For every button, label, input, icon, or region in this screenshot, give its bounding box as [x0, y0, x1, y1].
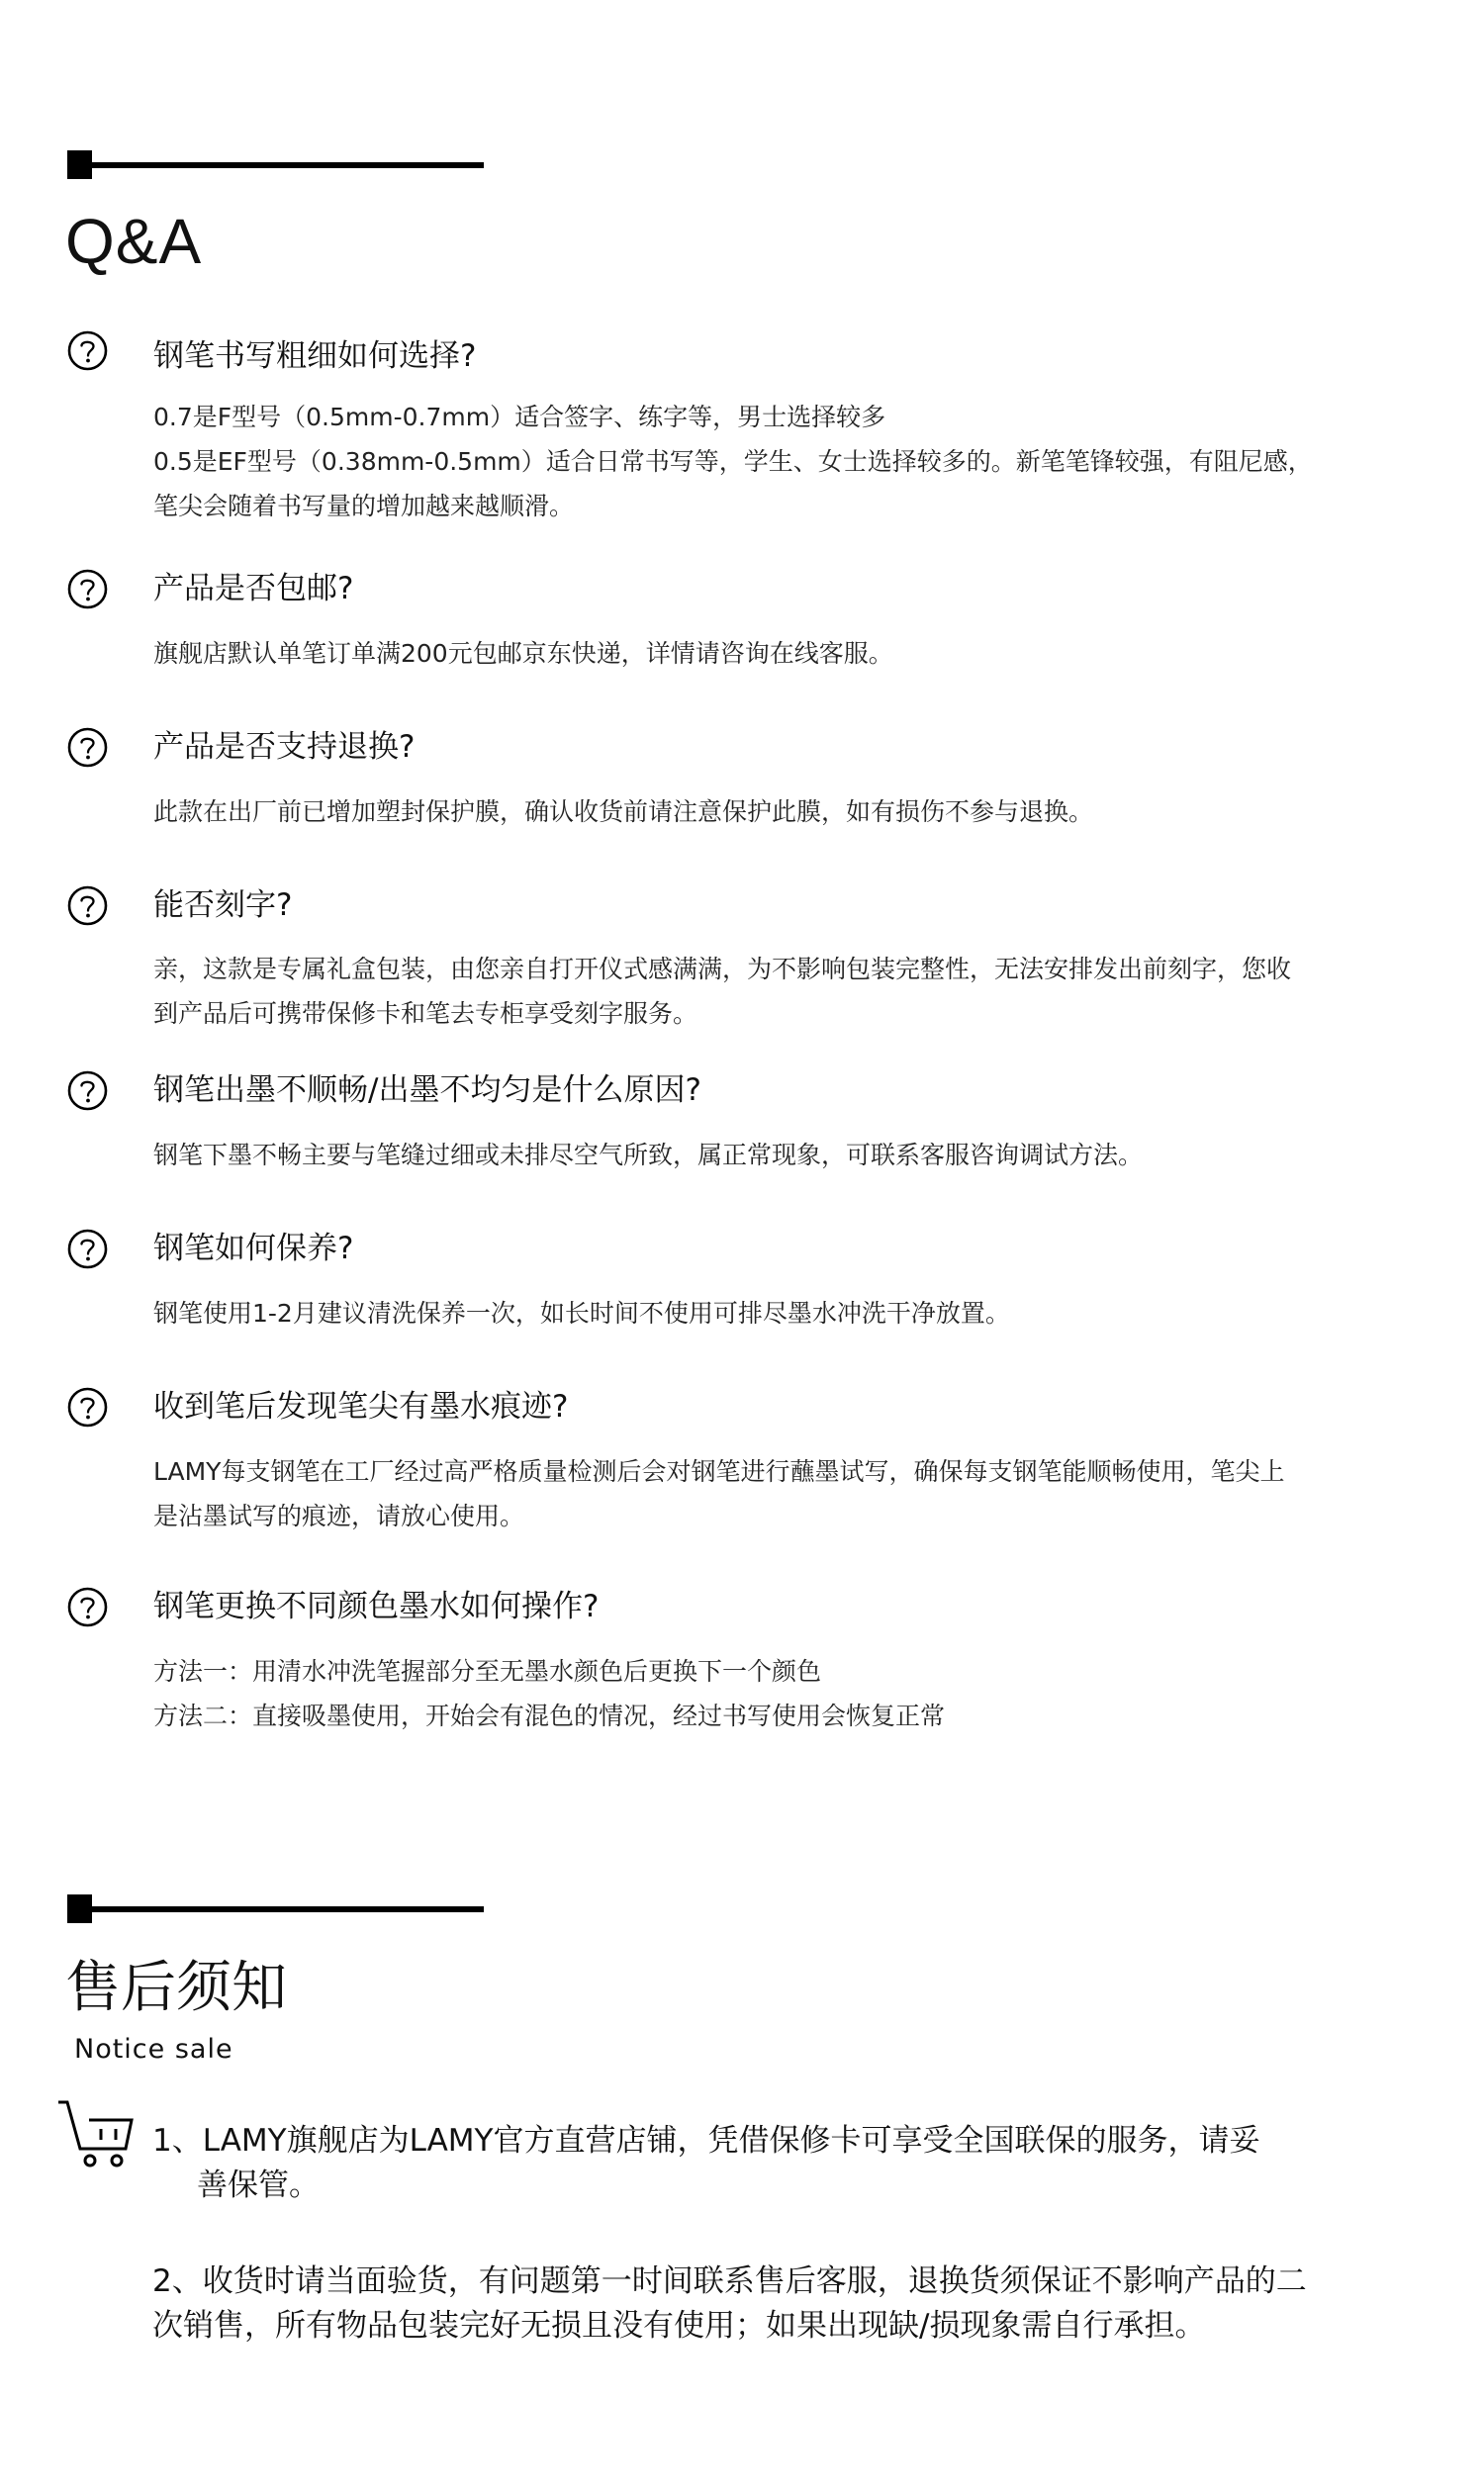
qa-section-title: Q&A — [65, 210, 202, 273]
answer-line: 此款在出厂前已增加塑封保护膜，确认收货前请注意保护此膜，如有损伤不参与退换。 — [153, 789, 1093, 834]
question-answer: 钢笔下墨不畅主要与笔缝过细或未排尽空气所致，属正常现象，可联系客服咨询调试方法。 — [153, 1133, 1143, 1177]
question-answer: 亲，这款是专属礼盒包装，由您亲自打开仪式感满满，为不影响包装完整性，无法安排发出… — [153, 947, 1291, 1036]
question-circle-icon — [67, 885, 108, 926]
question-title: 钢笔出墨不顺畅/出墨不均匀是什么原因? — [153, 1070, 701, 1110]
question-circle-icon — [67, 1070, 108, 1111]
question-answer: 此款在出厂前已增加塑封保护膜，确认收货前请注意保护此膜，如有损伤不参与退换。 — [153, 789, 1093, 834]
after-sale-section-title: 售后须知 — [65, 1961, 287, 2016]
answer-line: 钢笔下墨不畅主要与笔缝过细或未排尽空气所致，属正常现象，可联系客服咨询调试方法。 — [153, 1133, 1143, 1177]
question-answer: 钢笔使用1-2月建议清洗保养一次，如长时间不使用可排尽墨水冲洗干净放置。 — [153, 1291, 1010, 1336]
question-title: 钢笔如何保养? — [153, 1229, 353, 1268]
shopping-cart-icon — [56, 2099, 136, 2170]
question-answer: LAMY每支钢笔在工厂经过高严格质量检测后会对钢笔进行蘸墨试写，确保每支钢笔能顺… — [153, 1449, 1284, 1538]
question-answer: 方法一：用清水冲洗笔握部分至无墨水颜色后更换下一个颜色 方法二：直接吸墨使用，开… — [153, 1649, 945, 1738]
question-title: 钢笔书写粗细如何选择? — [153, 336, 476, 376]
divider-square — [67, 1894, 92, 1923]
question-title: 收到笔后发现笔尖有墨水痕迹? — [153, 1387, 568, 1427]
answer-line: 亲，这款是专属礼盒包装，由您亲自打开仪式感满满，为不影响包装完整性，无法安排发出… — [153, 947, 1291, 991]
question-title: 产品是否支持退换? — [153, 727, 415, 767]
answer-line: 是沾墨试写的痕迹，请放心使用。 — [153, 1494, 1284, 1538]
question-answer: 0.7是F型号（0.5mm-0.7mm）适合签字、练字等，男士选择较多 0.5是… — [153, 395, 1313, 528]
notice-line: 1、LAMY旗舰店为LAMY官方直营店铺，凭借保修卡可享受全国联保的服务，请妥 — [152, 2119, 1259, 2164]
question-title: 能否刻字? — [153, 885, 292, 925]
answer-line: 笔尖会随着书写量的增加越来越顺滑。 — [153, 484, 1313, 528]
question-circle-icon — [67, 330, 108, 371]
notice-paragraph-2: 2、收货时请当面验货，有问题第一时间联系售后客服，退换货须保证不影响产品的二 次… — [152, 2259, 1307, 2349]
question-title: 钢笔更换不同颜色墨水如何操作? — [153, 1587, 599, 1626]
answer-line: 方法二：直接吸墨使用，开始会有混色的情况，经过书写使用会恢复正常 — [153, 1694, 945, 1738]
section-divider-after-sale — [67, 1894, 484, 1924]
answer-line: 旗舰店默认单笔订单满200元包邮京东快递，详情请咨询在线客服。 — [153, 631, 893, 676]
notice-line: 次销售，所有物品包装完好无损且没有使用；如果出现缺/损现象需自行承担。 — [152, 2304, 1307, 2349]
answer-line: LAMY每支钢笔在工厂经过高严格质量检测后会对钢笔进行蘸墨试写，确保每支钢笔能顺… — [153, 1449, 1284, 1494]
notice-line: 善保管。 — [152, 2164, 1259, 2208]
answer-line: 0.5是EF型号（0.38mm-0.5mm）适合日常书写等，学生、女士选择较多的… — [153, 439, 1313, 484]
question-circle-icon — [67, 1387, 108, 1428]
answer-line: 0.7是F型号（0.5mm-0.7mm）适合签字、练字等，男士选择较多 — [153, 395, 1313, 439]
after-sale-section-subtitle: Notice sale — [74, 2036, 233, 2063]
answer-line: 钢笔使用1-2月建议清洗保养一次，如长时间不使用可排尽墨水冲洗干净放置。 — [153, 1291, 1010, 1336]
answer-line: 方法一：用清水冲洗笔握部分至无墨水颜色后更换下一个颜色 — [153, 1649, 945, 1694]
divider-line — [92, 1906, 484, 1912]
divider-square — [67, 150, 92, 179]
divider-line — [92, 162, 484, 168]
section-divider-qa — [67, 150, 484, 180]
answer-line: 到产品后可携带保修卡和笔去专柜享受刻字服务。 — [153, 991, 1291, 1036]
question-circle-icon — [67, 727, 108, 768]
question-circle-icon — [67, 569, 108, 609]
notice-line: 2、收货时请当面验货，有问题第一时间联系售后客服，退换货须保证不影响产品的二 — [152, 2259, 1307, 2304]
question-answer: 旗舰店默认单笔订单满200元包邮京东快递，详情请咨询在线客服。 — [153, 631, 893, 676]
notice-paragraph-1: 1、LAMY旗舰店为LAMY官方直营店铺，凭借保修卡可享受全国联保的服务，请妥 … — [152, 2119, 1259, 2208]
question-title: 产品是否包邮? — [153, 569, 353, 608]
question-circle-icon — [67, 1587, 108, 1627]
question-circle-icon — [67, 1229, 108, 1269]
